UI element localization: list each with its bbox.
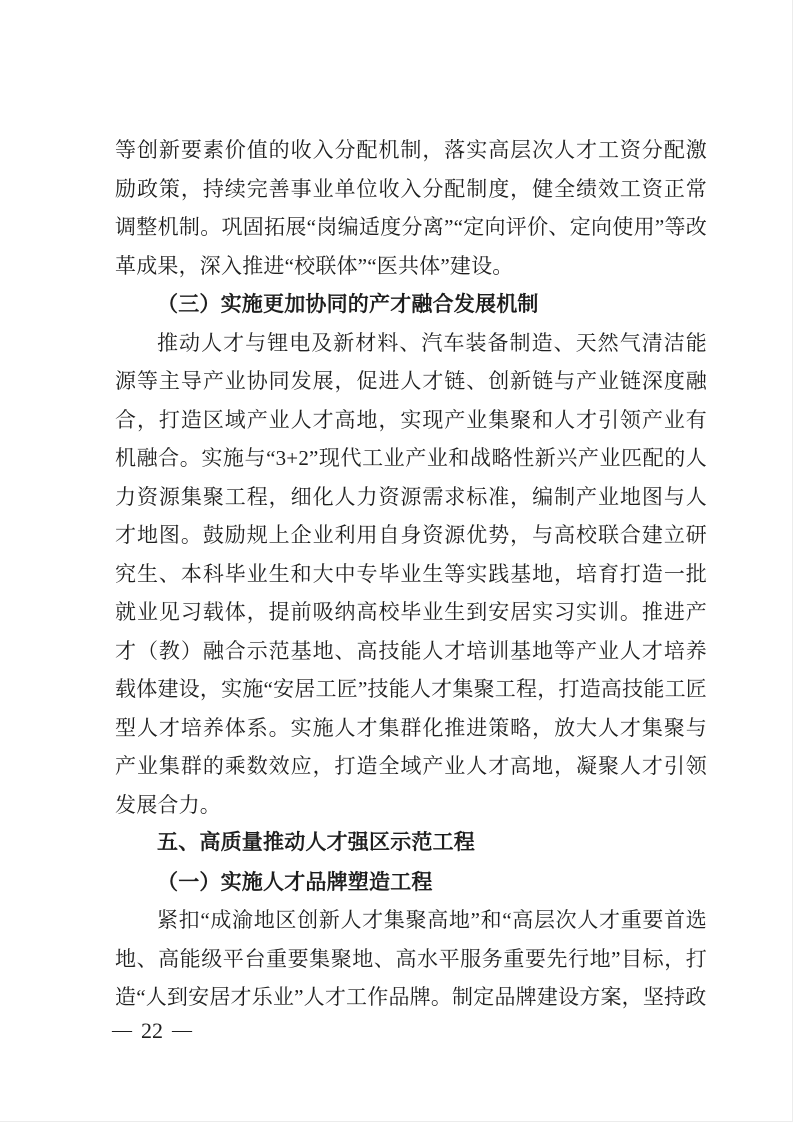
page-footer: —22— <box>112 1018 192 1045</box>
footer-dash-left: — <box>112 1019 132 1041</box>
page-number: 22 <box>141 1018 163 1043</box>
subsection-heading-1: （一）实施人才品牌塑造工程 <box>115 863 707 902</box>
subsection-heading-3: （三）实施更加协同的产才融合发展机制 <box>115 285 707 324</box>
section-heading-5: 五、高质量推动人才强区示范工程 <box>115 824 707 863</box>
paragraph-industry-talent: 推动人才与锂电及新材料、汽车装备制造、天然气清洁能源等主导产业协同发展，促进人才… <box>115 324 707 825</box>
document-page: 等创新要素价值的收入分配机制，落实高层次人才工资分配激励政策，持续完善事业单位收… <box>0 0 793 1122</box>
document-body: 等创新要素价值的收入分配机制，落实高层次人才工资分配激励政策，持续完善事业单位收… <box>115 131 707 1017</box>
footer-dash-right: — <box>172 1019 192 1041</box>
paragraph-continuation: 等创新要素价值的收入分配机制，落实高层次人才工资分配激励政策，持续完善事业单位收… <box>115 131 707 285</box>
paragraph-talent-brand: 紧扣“成渝地区创新人才集聚高地”和“高层次人才重要首选地、高能级平台重要集聚地、… <box>115 901 707 1017</box>
